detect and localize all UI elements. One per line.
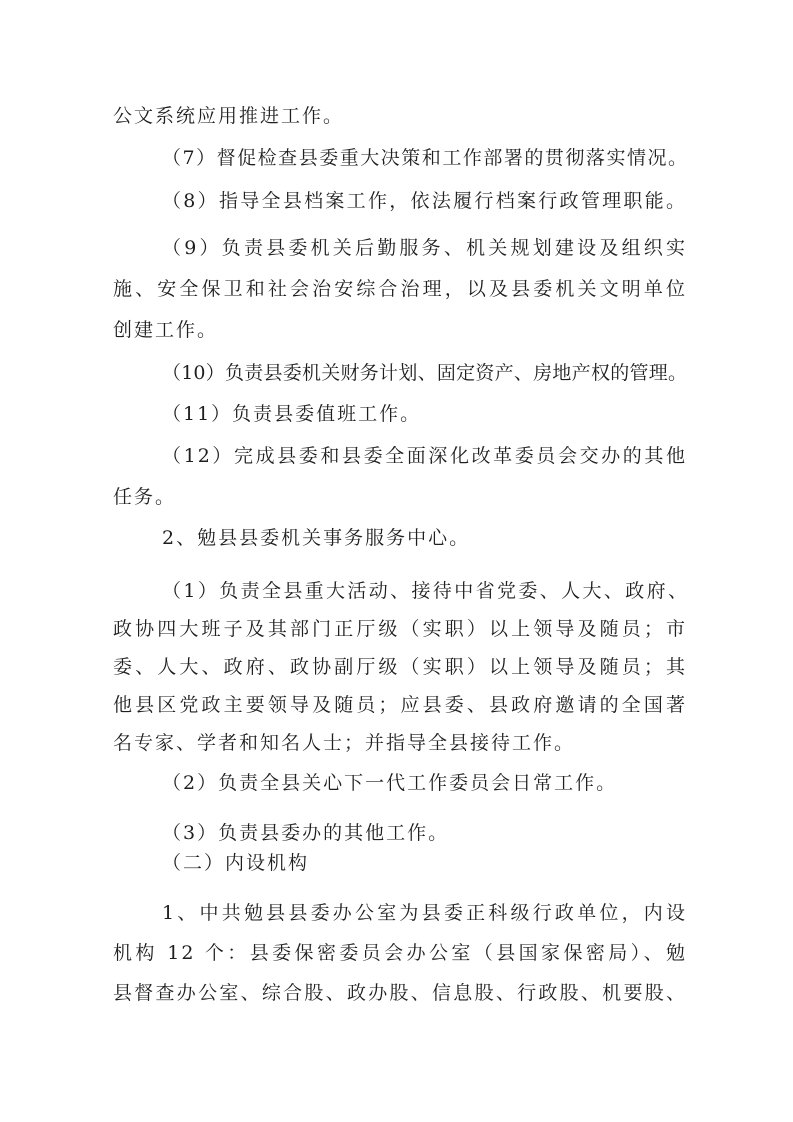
text-line: 他县区党政主要领导及随员；应县委、县政府邀请的全国著 [113, 686, 687, 724]
heading-service-center: 2、勉县县委机关事务服务中心。 [113, 518, 687, 559]
paragraph-internal-org-intro: 1、中共勉县县委办公室为县委正科级行政单位，内设 机构 12 个：县委保密委员会… [113, 893, 687, 1013]
text-line: 任务。 [113, 477, 687, 518]
paragraph-item-1: （1）负责全县重大活动、接待中省党委、人大、政府、 政协四大班子及其部门正厅级（… [113, 572, 687, 762]
paragraph-item-10: （10）负责县委机关财务计划、固定资产、房地产权的管理。 [113, 353, 687, 394]
paragraph-item-7: （7）督促检查县委重大决策和工作部署的贯彻落实情况。 [113, 138, 687, 179]
paragraph-item-2: （2）负责全县关心下一代工作委员会日常工作。 [113, 763, 687, 804]
text-line: （1）负责全县重大活动、接待中省党委、人大、政府、 [113, 572, 687, 610]
text-line: （7）督促检查县委重大决策和工作部署的贯彻落实情况。 [113, 138, 687, 179]
text-line: 名专家、学者和知名人士；并指导全县接待工作。 [113, 724, 687, 762]
paragraph-item-11: （11）负责县委值班工作。 [113, 394, 687, 435]
paragraph-item-12: （12）完成县委和县委全面深化改革委员会交办的其他 任务。 [113, 436, 687, 518]
paragraph-item-9: （9）负责县委机关后勤服务、机关规划建设及组织实 施、安全保卫和社会治安综合治理… [113, 228, 687, 351]
document-page: 公文系统应用推进工作。 （7）督促检查县委重大决策和工作部署的贯彻落实情况。 （… [0, 0, 793, 1122]
text-line: 创建工作。 [113, 310, 687, 351]
paragraph-continuation: 公文系统应用推进工作。 [113, 96, 687, 137]
text-line: 县督查办公室、综合股、政办股、信息股、行政股、机要股、 [113, 973, 687, 1013]
text-line: （11）负责县委值班工作。 [113, 394, 687, 435]
text-line: 施、安全保卫和社会治安综合治理，以及县委机关文明单位 [113, 269, 687, 310]
text-line: （8）指导全县档案工作，依法履行档案行政管理职能。 [113, 181, 687, 222]
text-line: （12）完成县委和县委全面深化改革委员会交办的其他 [113, 436, 687, 477]
text-line: 1、中共勉县县委办公室为县委正科级行政单位，内设 [113, 893, 687, 933]
text-line: 政协四大班子及其部门正厅级（实职）以上领导及随员；市 [113, 610, 687, 648]
heading-text: 2、勉县县委机关事务服务中心。 [113, 518, 687, 559]
text-line: （2）负责全县关心下一代工作委员会日常工作。 [113, 763, 687, 804]
text-line: （9）负责县委机关后勤服务、机关规划建设及组织实 [113, 228, 687, 269]
text-line: （10）负责县委机关财务计划、固定资产、房地产权的管理。 [113, 353, 687, 394]
text-line: 委、人大、政府、政协副厅级（实职）以上领导及随员；其 [113, 648, 687, 686]
text-line: 机构 12 个：县委保密委员会办公室（县国家保密局）、勉 [113, 933, 687, 973]
text-line: 公文系统应用推进工作。 [113, 96, 687, 137]
paragraph-item-8: （8）指导全县档案工作，依法履行档案行政管理职能。 [113, 181, 687, 222]
